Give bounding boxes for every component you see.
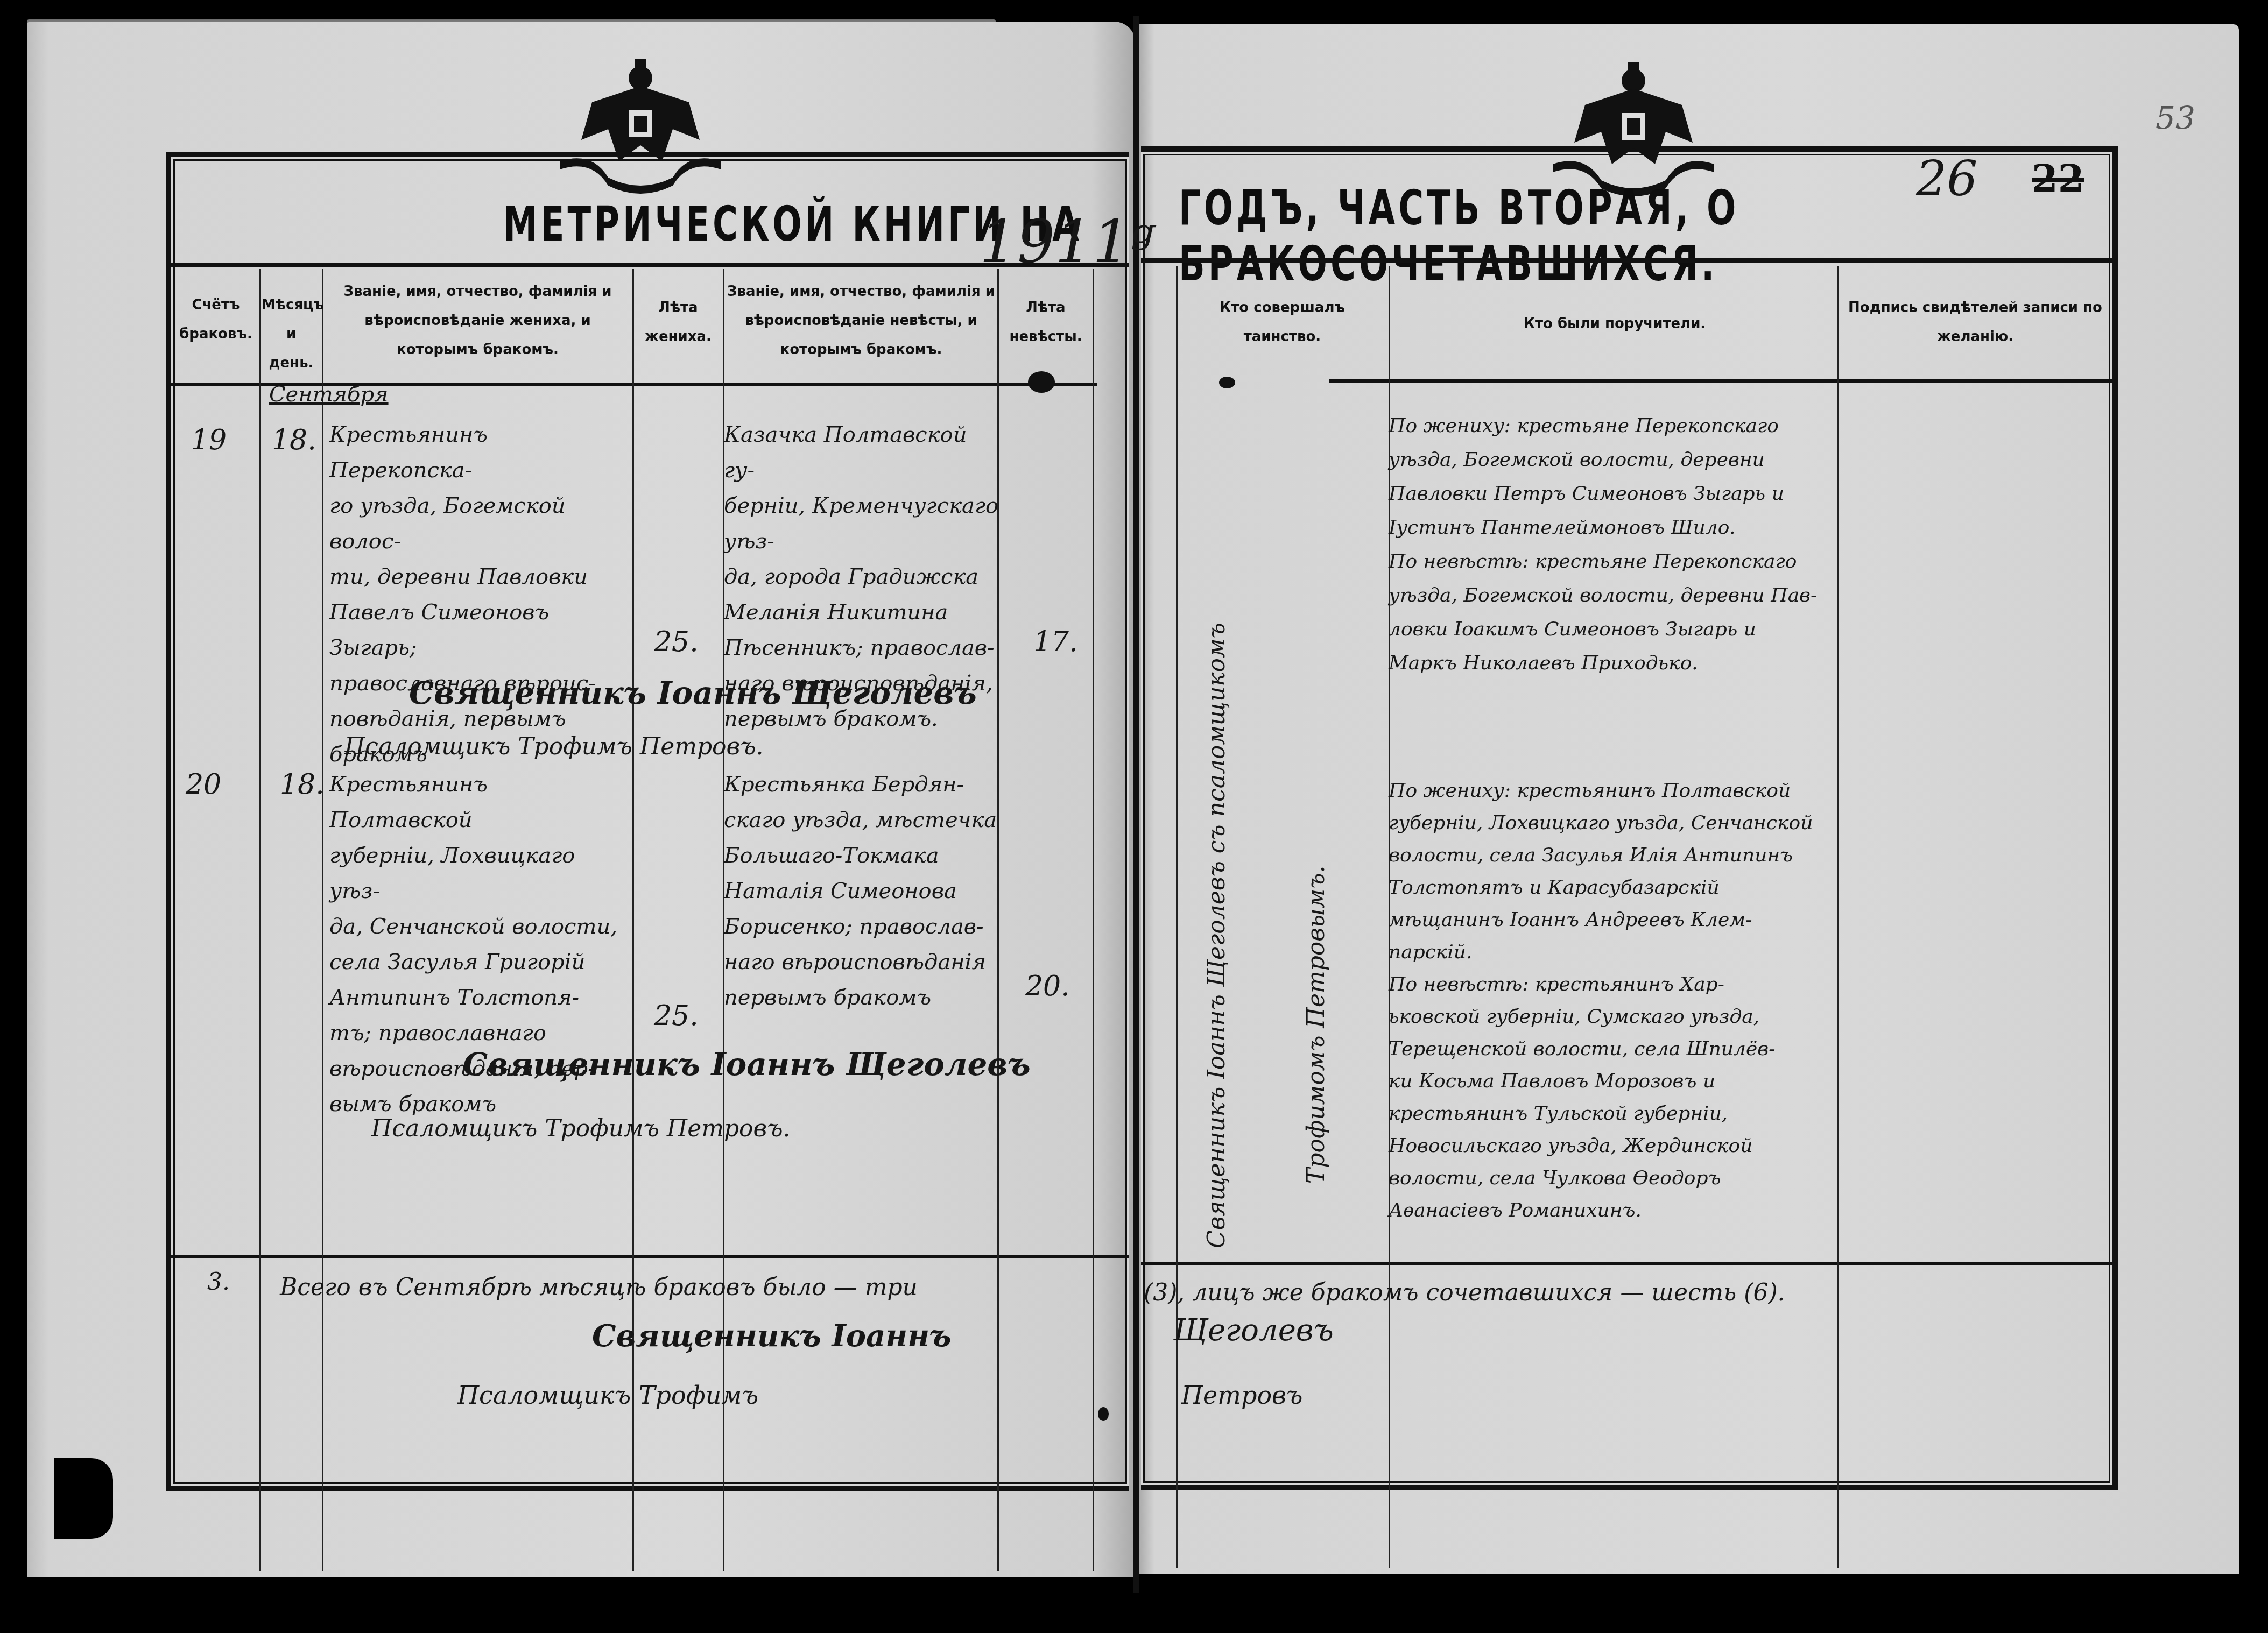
entry-number: 20 bbox=[186, 767, 221, 802]
ink-blot bbox=[1219, 377, 1235, 388]
entry-month: Сентября bbox=[269, 377, 389, 412]
ink-blot bbox=[1028, 371, 1055, 393]
entry-bride-age: 20. bbox=[1025, 969, 1070, 1004]
column-divider bbox=[1176, 266, 1178, 1568]
column-divider bbox=[322, 269, 323, 1571]
row-rule-right bbox=[1329, 379, 2115, 383]
title-right: ГОДЪ, ЧАСТЬ ВТОРАЯ, О БРАКОСОЧЕТАВШИХСЯ. bbox=[1179, 181, 2268, 292]
summary-psalmist-right: Петровъ bbox=[1181, 1377, 1303, 1413]
psalmist-signature: Псаломщикъ Трофимъ Петровъ. bbox=[344, 729, 764, 765]
column-divider bbox=[632, 269, 634, 1571]
summary-rule-left bbox=[171, 1255, 1129, 1258]
summary-psalmist-left: Псаломщикъ Трофимъ bbox=[457, 1377, 758, 1413]
summary-count: 3. bbox=[207, 1264, 230, 1300]
summary-priest-left: Священникъ Іоаннъ bbox=[592, 1318, 952, 1354]
ink-blot bbox=[1098, 1407, 1109, 1421]
priest-signature: Священникъ Іоаннъ Щеголевъ bbox=[409, 675, 977, 711]
entry-groom-age: 25. bbox=[654, 998, 699, 1034]
column-header-groom-age: Лѣта жениха. bbox=[635, 293, 721, 351]
column-header-signatures: Подпись свидѣтелей записи по желанію. bbox=[1841, 293, 2110, 351]
column-header-month-day: Мѣсяцъ и день. bbox=[262, 291, 321, 378]
entry-groom-age: 25. bbox=[654, 624, 699, 660]
entry-bride: Крестьянка Бердян- скаго уѣзда, мѣстечка… bbox=[724, 767, 1004, 1015]
column-header-groom: Званіе, имя, отчество, фамилія и вѣроисп… bbox=[326, 277, 630, 364]
priest-signature: Священникъ Іоаннъ Щеголевъ bbox=[463, 1047, 1031, 1082]
column-header-bride-age: Лѣта невѣсты. bbox=[1000, 293, 1091, 351]
column-header-bride: Званіе, имя, отчество, фамилія и вѣроисп… bbox=[727, 277, 996, 364]
entry-day: 18. bbox=[280, 767, 325, 802]
summary-rule-right bbox=[1141, 1262, 2115, 1265]
entry-bride-age: 17. bbox=[1033, 624, 1078, 660]
imperial-eagle-crest-icon bbox=[1553, 56, 1714, 196]
column-divider bbox=[259, 269, 261, 1571]
entry-groom: Крестьянинъ Перекопска- го уѣзда, Богемс… bbox=[329, 417, 631, 772]
entry-witnesses: По жениху: крестьянинъ Полтавской губерн… bbox=[1389, 775, 1841, 1227]
page-tab-marker bbox=[54, 1458, 113, 1539]
summary-priest-right: Щеголевъ bbox=[1173, 1313, 1334, 1348]
header-rule-right bbox=[1141, 258, 2115, 263]
column-header-marriage-count: Счётъ браковъ. bbox=[173, 291, 258, 349]
psalmist-signature: Псаломщикъ Трофимъ Петровъ. bbox=[371, 1111, 791, 1147]
column-header-witnesses: Кто были поручители. bbox=[1394, 309, 1835, 338]
entry-day: 18. bbox=[272, 422, 316, 458]
summary-text-right: (3), лицъ же бракомъ сочетавшихся — шест… bbox=[1144, 1275, 1785, 1311]
imperial-eagle-crest-icon bbox=[560, 54, 721, 194]
archive-folio-number: 53 bbox=[2156, 100, 2195, 136]
column-divider bbox=[1093, 269, 1094, 1571]
entry-number: 19 bbox=[191, 422, 227, 458]
officiant-vertical-line2: Трофимомъ Петровымъ. bbox=[1302, 865, 1330, 1184]
header-rule-left bbox=[171, 263, 1129, 267]
column-header-officiant: Кто совершалъ таинство. bbox=[1179, 293, 1386, 351]
entry-witnesses: По жениху: крестьяне Перекопскаго уѣзда,… bbox=[1389, 409, 1841, 680]
summary-text-left: Всего въ Сентябрѣ мѣсяцѣ браковъ было — … bbox=[280, 1270, 918, 1305]
officiant-vertical-line1: Священникъ Іоаннъ Щеголевъ съ псаломщико… bbox=[1203, 623, 1230, 1248]
